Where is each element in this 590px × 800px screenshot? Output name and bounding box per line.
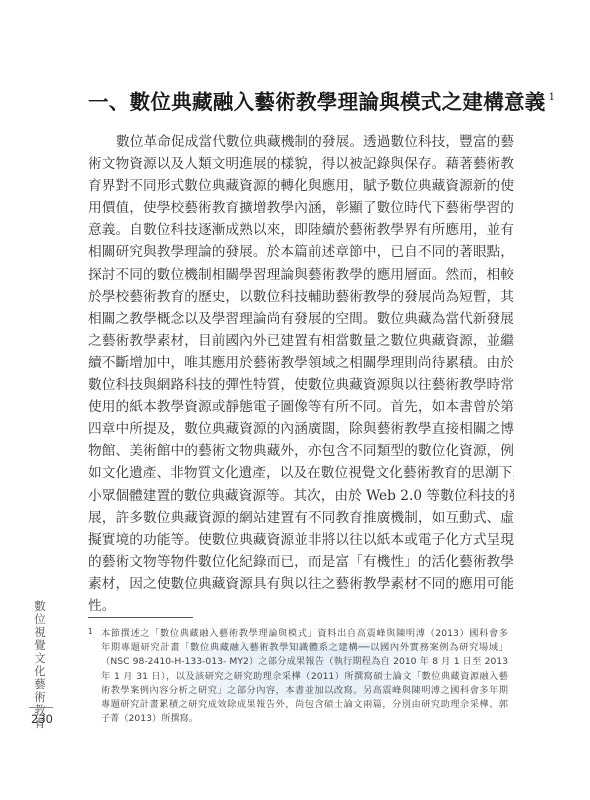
body-line: 使用的紙本教學資源或靜態電子圖像等有所不同。首先，如本書曾於第 [88, 396, 514, 418]
body-line: 小眾個體建置的數位典藏資源等。其次，由於 Web 2.0 等數位科技的發 [88, 485, 514, 507]
footnote-line: （NSC 98-2410-H-133-013- MY2）之部分成果報告（執行期程… [88, 655, 508, 669]
body-line: 數位革命促成當代數位典藏機制的發展。透過數位科技，豐富的藝 [88, 131, 514, 153]
body-line: 於學校藝術教育的歷史，以數位科技輔助藝術教學的發展尚為短暫，其 [88, 286, 514, 308]
body-line: 用價值，使學校藝術教育擴增教學內涵，彰顯了數位時代下藝術學習的 [88, 197, 514, 219]
body-line: 相關之教學概念以及學習理論尚有發展的空間。數位典藏為當代新發展 [88, 308, 514, 330]
page-number-divider [29, 707, 53, 708]
book-page: 一、數位典藏融入藝術教學理論與模式之建構意義1 數位革命促成當代數位典藏機制的發… [0, 0, 590, 800]
footnote-line: 本節撰述之「數位典藏融入藝術教學理論與模式」資料出自高震峰與陳明溥（2013）國… [88, 627, 508, 641]
body-line: 四章中所提及，數位典藏資源的內涵廣闊，除與藝術教學直接相關之博 [88, 418, 514, 440]
running-title: 數位視覺文化藝術教育 [33, 600, 47, 730]
page-number: 230 [26, 712, 58, 726]
footnote-mark: 1 [88, 625, 93, 639]
footnote-reference[interactable]: 1 [549, 92, 556, 103]
body-line: 數位科技與網路科技的彈性特質，使數位典藏資源與以往藝術教學時常 [88, 374, 514, 396]
footnote-line: 年 1 月 31 日），以及該研究之研究助理佘采樺（2011）所撰寫碩士論文「數… [88, 670, 508, 684]
body-line: 續不斷增加中，唯其應用於藝術教學領域之相關學理則尚待累積。由於 [88, 352, 514, 374]
footnote-line: 術教學案例內容分析之研究」之部分內容，本書並加以改寫。另高震峰與陳明溥之國科會多… [88, 684, 508, 698]
body-line: 相關研究與教學理論的發展。於本篇前述章節中，已自不同的著眼點， [88, 241, 514, 263]
body-line: 展，許多數位典藏資源的網站建置有不同教育推廣機制，如互動式、虛 [88, 507, 514, 529]
body-line: 育界對不同形式數位典藏資源的轉化與應用，賦予數位典藏資源新的使 [88, 175, 514, 197]
footnote-divider [88, 617, 193, 618]
body-line: 探討不同的數位機制相關學習理論與藝術教學的應用層面。然而，相較 [88, 264, 514, 286]
body-line: 性。 [88, 595, 514, 617]
section-heading: 一、數位典藏融入藝術教學理論與模式之建構意義1 [88, 88, 528, 116]
footnote-line: 子菁（2013）所撰寫。 [88, 712, 508, 726]
body-line: 術文物資源以及人類文明進展的樣貌，得以被記錄與保存。藉著藝術教 [88, 153, 514, 175]
footnote-line: 年期專題研究計畫「數位典藏融入藝術教學知識體系之建構──以國內外實務案例為研究場… [88, 641, 508, 655]
footnote-line: 專題研究計畫累積之研究成效除成果報告外，尚包含碩士論文兩篇，分別由研究助理佘采樺… [88, 698, 508, 712]
body-line: 素材，因之使數位典藏資源具有與以往之藝術教學素材不同的應用可能 [88, 573, 514, 595]
body-line: 擬實境的功能等。使數位典藏資源並非將以往以紙本或電子化方式呈現 [88, 529, 514, 551]
section-heading-text: 一、數位典藏融入藝術教學理論與模式之建構意義 [88, 90, 546, 114]
body-line: 如文化遺產、非物質文化遺產，以及在數位視覺文化藝術教育的思潮下， [88, 462, 514, 484]
body-line: 意義。自數位科技逐漸成熟以來，即陸續於藝術教學界有所應用，並有 [88, 219, 514, 241]
body-paragraph: 數位革命促成當代數位典藏機制的發展。透過數位科技，豐富的藝 術文物資源以及人類文… [88, 131, 514, 617]
footnote: 1 本節撰述之「數位典藏融入藝術教學理論與模式」資料出自高震峰與陳明溥（2013… [88, 627, 508, 726]
body-line: 之藝術教學素材，目前國內外已建置有相當數量之數位典藏資源，並繼 [88, 330, 514, 352]
body-line: 的藝術文物等物件數位化紀錄而已，而是富「有機性」的活化藝術教學 [88, 551, 514, 573]
body-line: 物館、美術館中的藝術文物典藏外，亦包含不同類型的數位化資源，例 [88, 440, 514, 462]
